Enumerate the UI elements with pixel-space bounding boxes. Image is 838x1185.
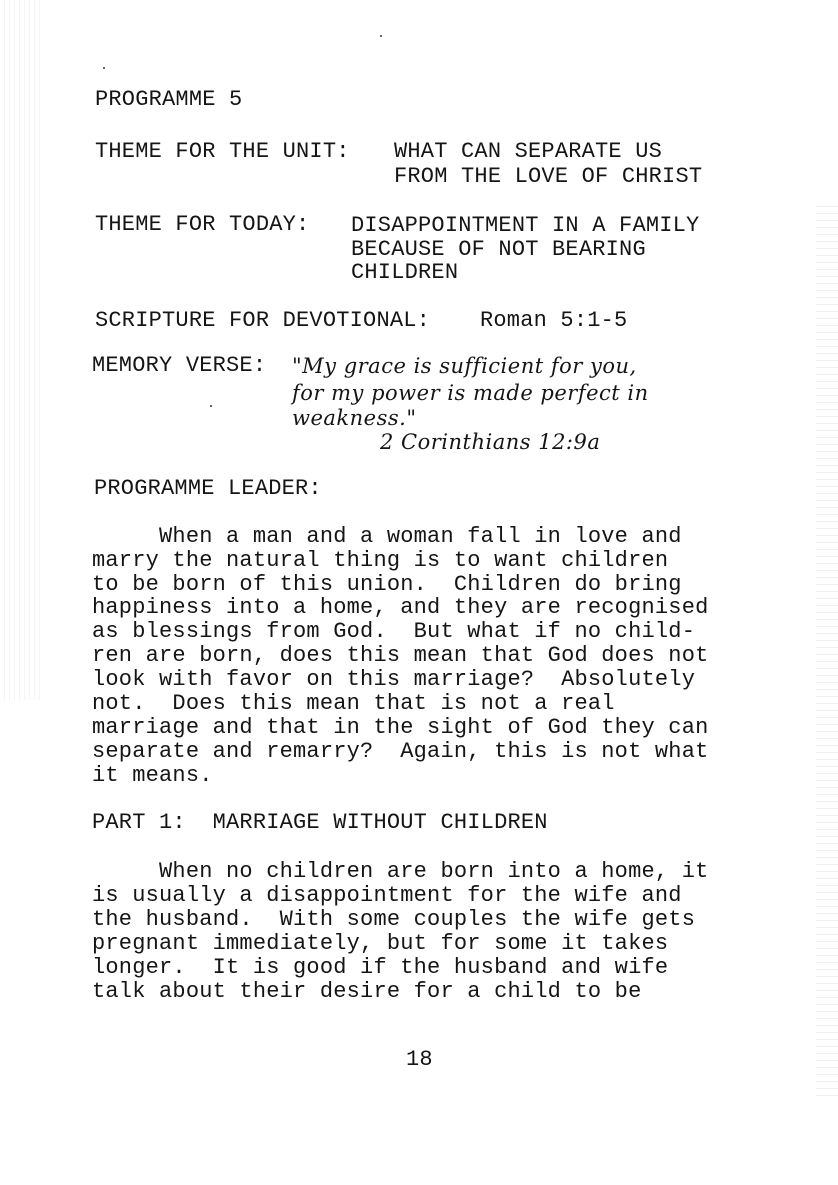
theme-unit-label: THEME FOR THE UNIT: xyxy=(95,140,350,164)
theme-today-line: BECAUSE OF NOT BEARING xyxy=(351,238,646,262)
memory-verse-reference: 2 Corinthians 12:9a xyxy=(380,429,600,455)
memory-verse-line: for my power is made perfect in xyxy=(292,380,649,406)
theme-unit-line: WHAT CAN SEPARATE US xyxy=(394,140,662,164)
memory-verse-line: weakness." xyxy=(292,405,417,431)
paragraph-line: not. Does this mean that is not a real xyxy=(92,692,615,716)
paragraph-line: marry the natural thing is to want child… xyxy=(92,549,668,573)
theme-today-line: CHILDREN xyxy=(351,261,458,285)
part1-heading: PART 1: MARRIAGE WITHOUT CHILDREN xyxy=(92,811,548,835)
paragraph-line: the husband. With some couples the wife … xyxy=(92,908,695,932)
paragraph-line: When a man and a woman fall in love and xyxy=(92,525,682,549)
theme-unit-line: FROM THE LOVE OF CHRIST xyxy=(394,165,702,189)
paragraph-line: talk about their desire for a child to b… xyxy=(92,980,642,1004)
scan-edge-right xyxy=(816,200,838,1100)
page-number: 18 xyxy=(406,1048,433,1072)
document-page: PROGRAMME 5 THEME FOR THE UNIT: WHAT CAN… xyxy=(0,0,838,1185)
leader-label: PROGRAMME LEADER: xyxy=(94,477,322,501)
paragraph-line: pregnant immediately, but for some it ta… xyxy=(92,932,668,956)
memory-verse-label: MEMORY VERSE: xyxy=(92,354,266,378)
paragraph-line: separate and remarry? Again, this is not… xyxy=(92,740,709,764)
paragraph-line: When no children are born into a home, i… xyxy=(92,860,709,884)
memory-verse-line: "My grace is sufficient for you, xyxy=(292,353,637,379)
paragraph-line: look with favor on this marriage? Absolu… xyxy=(92,668,695,692)
paragraph-line: as blessings from God. But what if no ch… xyxy=(92,620,695,644)
scripture-value: Roman 5:1-5 xyxy=(480,309,627,333)
paragraph-line: longer. It is good if the husband and wi… xyxy=(92,956,668,980)
paragraph-line: marriage and that in the sight of God th… xyxy=(92,716,709,740)
programme-title: PROGRAMME 5 xyxy=(95,88,242,112)
scan-speck xyxy=(103,67,105,69)
theme-today-line: DISAPPOINTMENT IN A FAMILY xyxy=(351,214,699,238)
scan-edge-left xyxy=(0,0,40,700)
paragraph-line: ren are born, does this mean that God do… xyxy=(92,644,709,668)
scripture-label: SCRIPTURE FOR DEVOTIONAL: xyxy=(95,309,430,333)
paragraph-line: is usually a disappointment for the wife… xyxy=(92,884,682,908)
scan-speck xyxy=(210,405,212,407)
scan-speck xyxy=(380,35,382,37)
paragraph-line: to be born of this union. Children do br… xyxy=(92,573,682,597)
paragraph-line: it means. xyxy=(92,764,213,788)
theme-today-label: THEME FOR TODAY: xyxy=(95,213,309,237)
paragraph-line: happiness into a home, and they are reco… xyxy=(92,596,709,620)
